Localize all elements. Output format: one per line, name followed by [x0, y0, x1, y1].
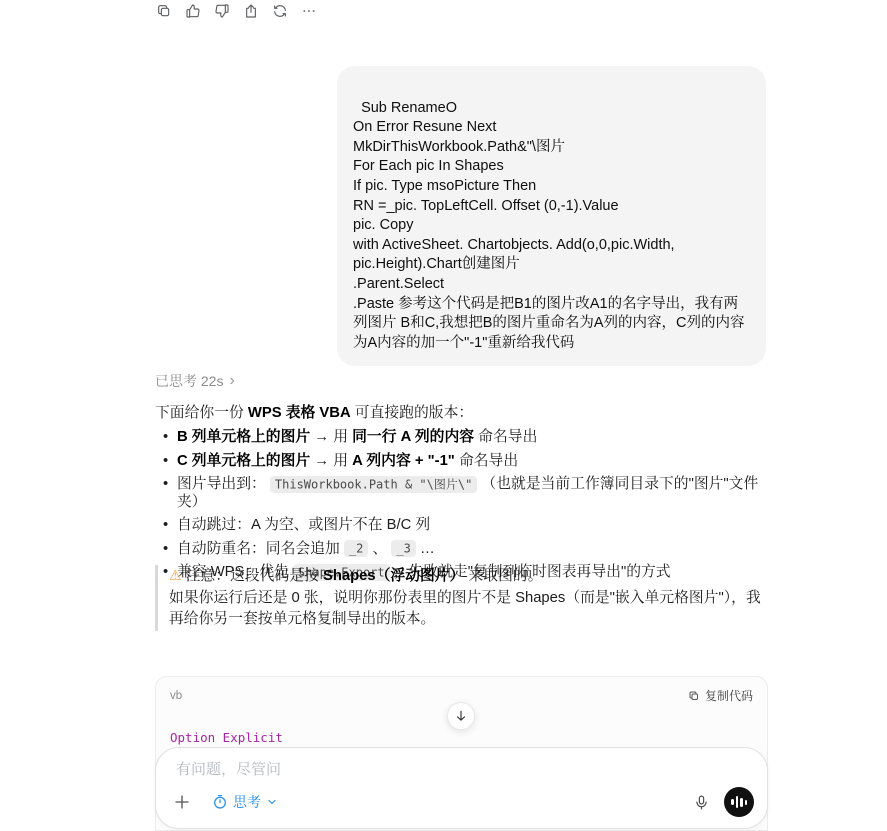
- scroll-to-bottom-button[interactable]: [447, 702, 475, 730]
- regenerate-icon: [272, 3, 288, 19]
- thinking-summary[interactable]: 已思考 22s ›: [155, 371, 235, 391]
- share-button[interactable]: [242, 2, 260, 20]
- add-attachment-button[interactable]: [172, 792, 192, 812]
- thumbs-up-icon: [185, 3, 201, 19]
- chevron-down-icon: [266, 796, 278, 808]
- copy-icon: [156, 3, 172, 19]
- more-icon: [301, 3, 317, 19]
- thinking-label: 已思考 22s: [155, 371, 223, 391]
- microphone-icon: [693, 794, 710, 811]
- warning-note: ⚠ 注意：这段代码是按 Shapes（浮动图片） 来取图的。 如果你运行后还是 …: [155, 565, 771, 631]
- thumbs-down-icon: [214, 3, 230, 19]
- list-item: 自动跳过：A 为空、或图片不在 B/C 列: [155, 517, 771, 535]
- warning-icon: ⚠: [169, 567, 182, 583]
- share-icon: [243, 3, 259, 19]
- user-message-bubble: Sub RenameO On Error Resune Next MkDirTh…: [337, 66, 766, 366]
- clock-icon: [212, 794, 228, 810]
- inline-code: _2: [344, 540, 368, 557]
- list-item: B 列单元格上的图片 → 用 同一行 A 列的内容 命名导出: [155, 429, 771, 447]
- copy-code-button[interactable]: 复制代码: [688, 687, 753, 704]
- code-language-label: vb: [170, 690, 182, 702]
- list-item: 自动防重名：同名会追加 _2 、 _3 …: [155, 541, 771, 559]
- thumbs-up-button[interactable]: [184, 2, 202, 20]
- voice-wave-icon: [731, 796, 747, 808]
- user-message-text: Sub RenameO On Error Resune Next MkDirTh…: [353, 100, 745, 351]
- code-block-header: vb 复制代码: [156, 677, 767, 704]
- composer-controls: 思考: [172, 787, 754, 817]
- copy-button[interactable]: [155, 2, 173, 20]
- list-item: C 列单元格上的图片 → 用 A 列内容 + "-1" 命名导出: [155, 453, 771, 471]
- intro-post: 可直接跑的版本：: [351, 405, 474, 421]
- voice-mode-button[interactable]: [724, 787, 754, 817]
- more-button[interactable]: [300, 2, 318, 20]
- message-input[interactable]: [176, 761, 746, 778]
- regenerate-button[interactable]: [271, 2, 289, 20]
- inline-code: _3: [391, 540, 415, 557]
- message-toolbar: [155, 2, 318, 20]
- think-mode-toggle[interactable]: 思考: [212, 792, 278, 812]
- think-mode-label: 思考: [233, 792, 261, 812]
- arrow-down-icon: [454, 709, 468, 723]
- copy-icon: [688, 690, 700, 702]
- plus-icon: [173, 793, 191, 811]
- composer: 思考: [155, 747, 768, 829]
- answer-bullet-list: B 列单元格上的图片 → 用 同一行 A 列的内容 命名导出 C 列单元格上的图…: [155, 429, 771, 588]
- intro-bold: WPS 表格 VBA: [248, 405, 351, 421]
- inline-code: ThisWorkbook.Path & "\图片\": [270, 476, 477, 493]
- list-item: 图片导出到： ThisWorkbook.Path & "\图片\" （也就是当前…: [155, 476, 771, 511]
- answer-intro: 下面给你一份 WPS 表格 VBA 可直接跑的版本：: [155, 401, 768, 422]
- microphone-button[interactable]: [691, 792, 711, 812]
- copy-code-label: 复制代码: [705, 687, 753, 704]
- thumbs-down-button[interactable]: [213, 2, 231, 20]
- chevron-right-icon: ›: [229, 373, 234, 389]
- intro-pre: 下面给你一份: [155, 405, 248, 421]
